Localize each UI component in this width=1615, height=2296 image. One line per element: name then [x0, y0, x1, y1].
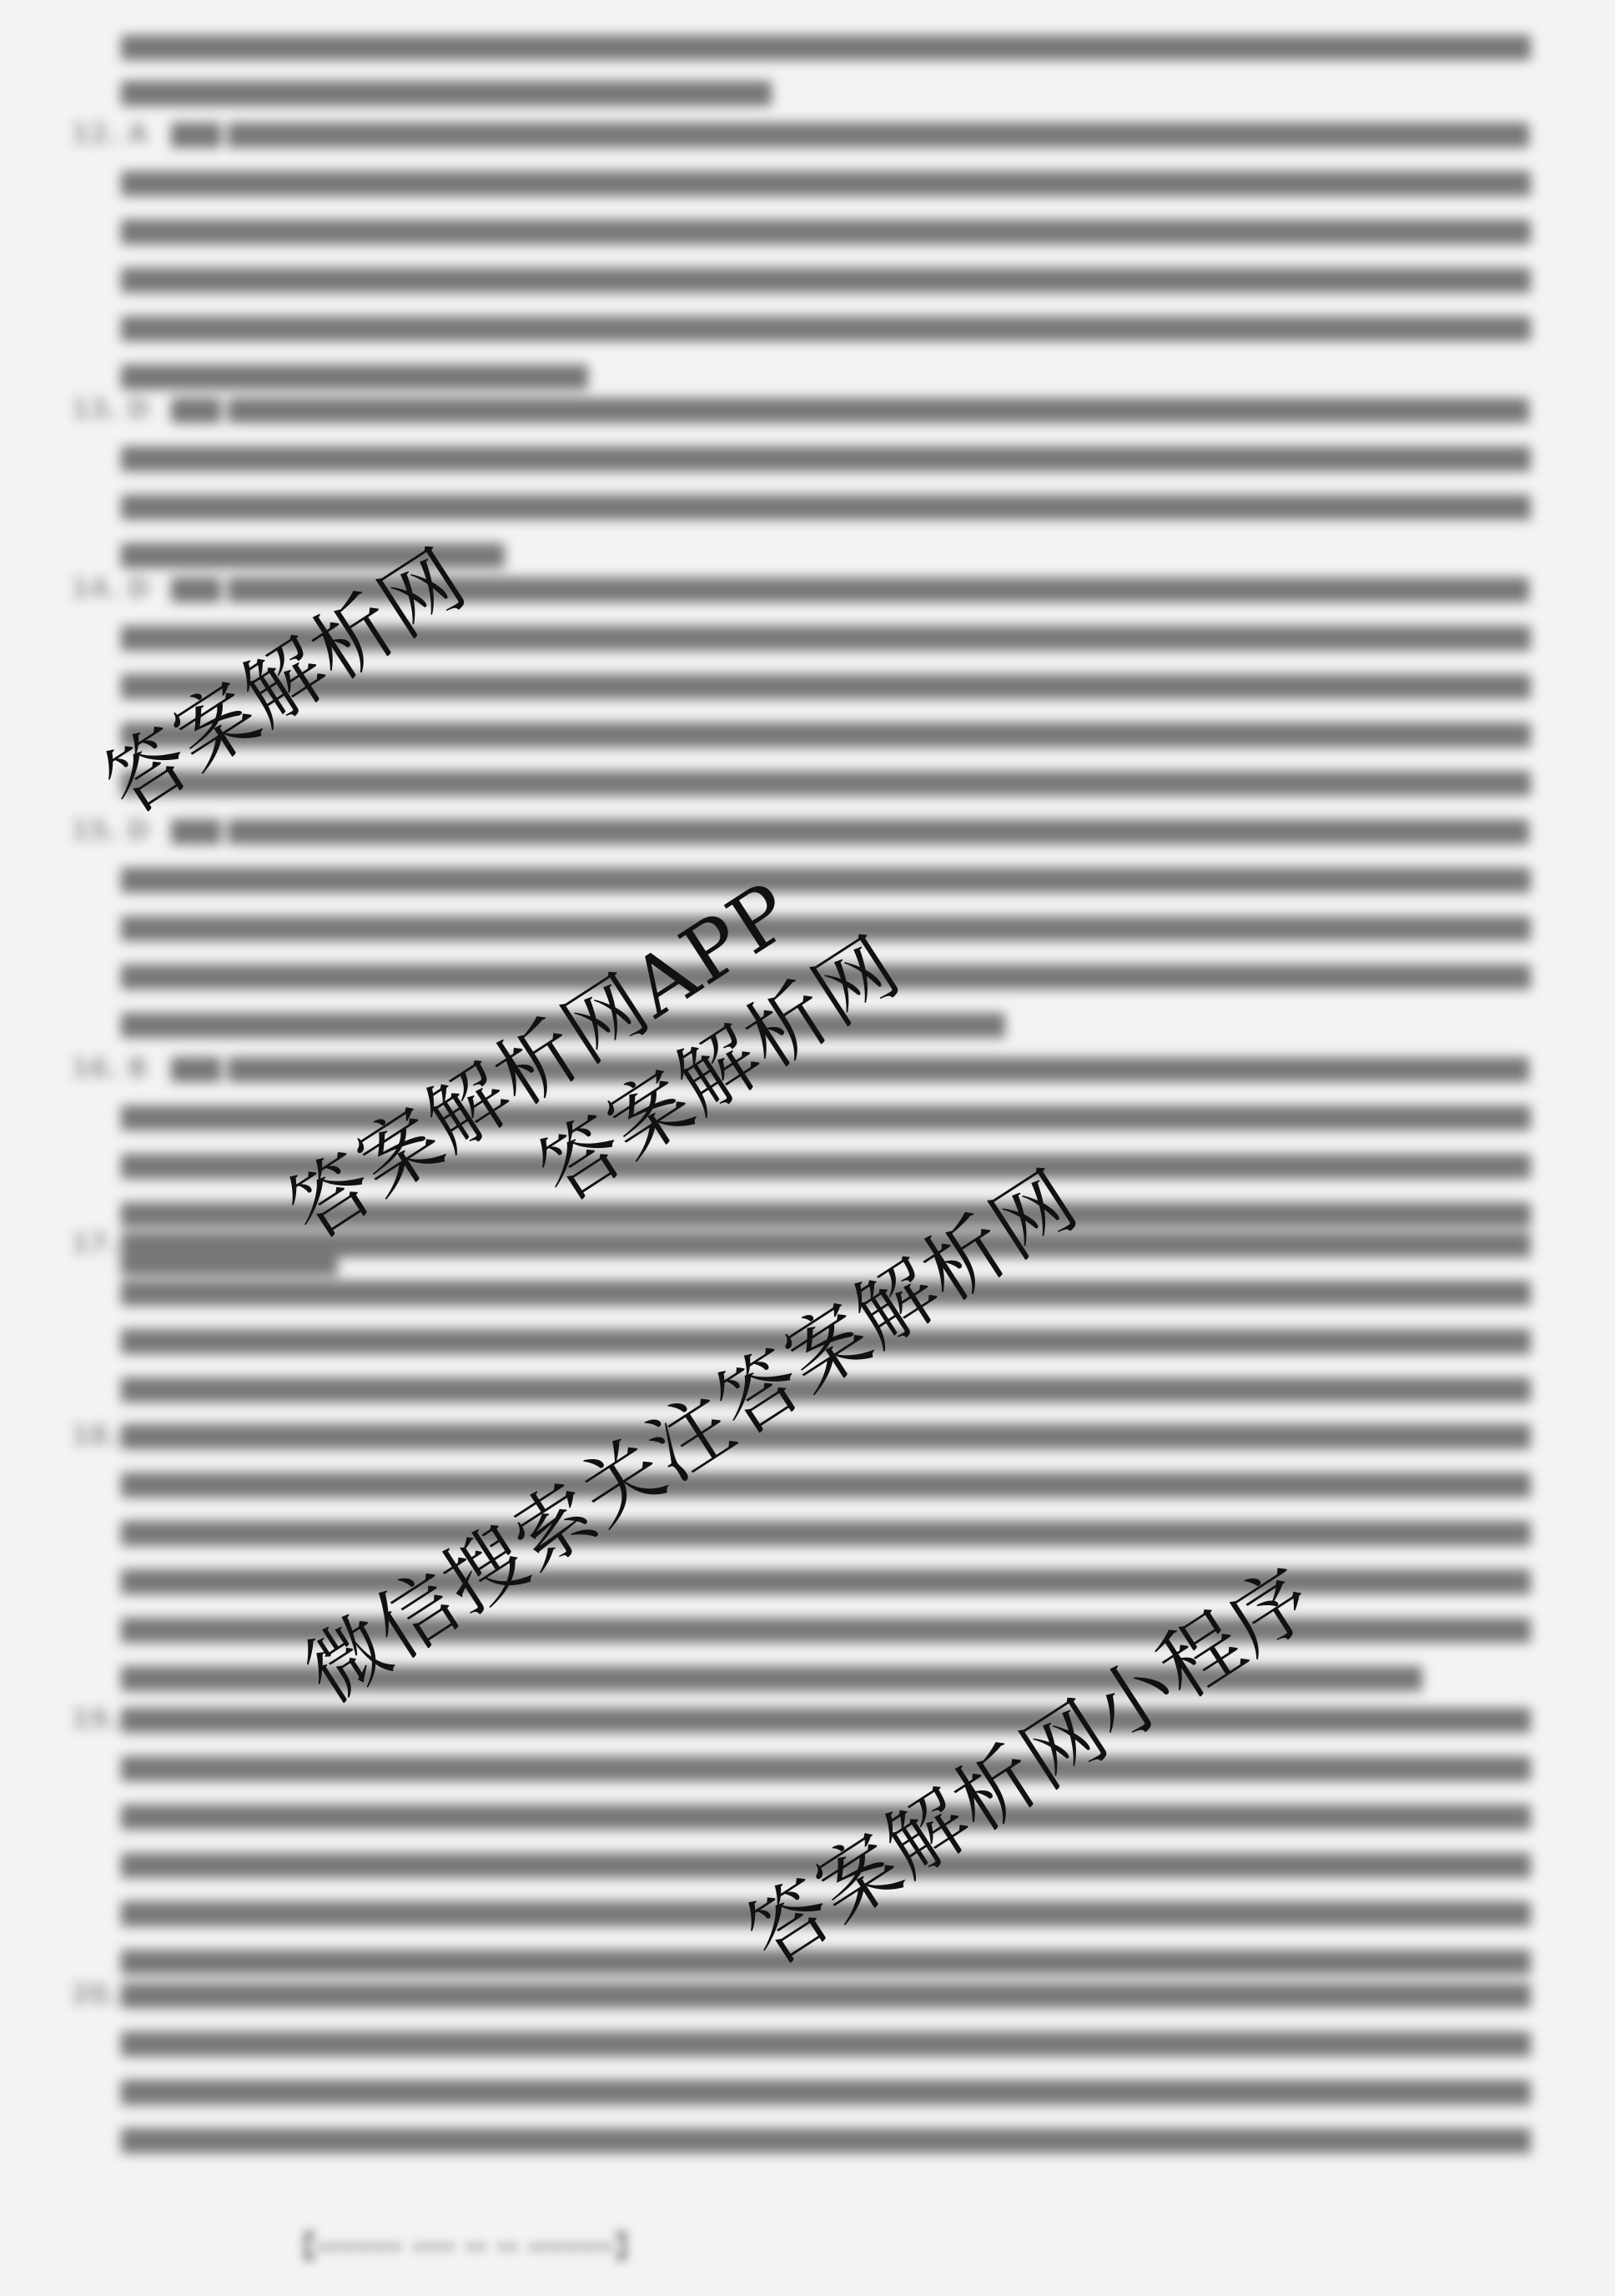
- text-line: [121, 2026, 1543, 2059]
- text-line: [121, 1977, 1543, 2011]
- footer-text: 【········ ···· ·· ·· ········】: [288, 2231, 642, 2264]
- text-line: [121, 2122, 1543, 2156]
- text-line: [121, 2074, 1543, 2107]
- text-line: [121, 392, 1543, 425]
- text-line: [121, 262, 1543, 295]
- text-line: [121, 359, 621, 392]
- text-line: [121, 489, 1543, 522]
- text-line: [121, 717, 1543, 750]
- text-line: [121, 75, 788, 108]
- text-line: [121, 862, 1543, 895]
- text-line: [121, 1515, 1543, 1548]
- text-line: [121, 1467, 1543, 1500]
- text-line: [121, 441, 1543, 474]
- text-line: [121, 813, 1543, 847]
- document-page: 12. A 13. D 14. D 15. D 16. B: [0, 0, 1615, 2296]
- text-line: [121, 1563, 1543, 1597]
- page-footer: 【········ ···· ·· ·· ········】: [288, 2229, 1331, 2266]
- text-line: [121, 1418, 1543, 1452]
- text-line: [121, 537, 538, 571]
- text-line: [121, 214, 1543, 247]
- text-line: [121, 310, 1543, 344]
- text-line: [121, 765, 1543, 798]
- text-line: [121, 117, 1543, 150]
- text-line: [121, 1750, 1543, 1784]
- text-line: [121, 29, 1543, 63]
- text-line: [121, 165, 1543, 199]
